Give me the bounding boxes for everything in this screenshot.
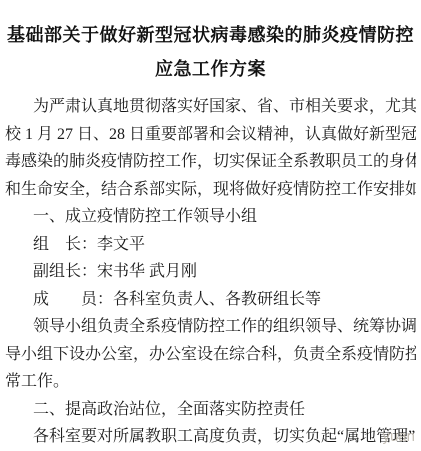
text-line: 为严肃认真地贯彻落实好国家、省、市相关要求，尤其是学	[5, 93, 416, 121]
text-line: 和生命安全，结合系部实际，现将做好疫情防控工作安排如下。	[5, 176, 416, 204]
document-title: 基础部关于做好新型冠状病毒感染的肺炎疫情防控 应急工作方案	[5, 18, 416, 86]
text-line: 一、成立疫情防控工作领导小组	[5, 203, 416, 231]
text-line: 组 长：李文平	[5, 231, 416, 259]
document-body: 为严肃认真地贯彻落实好国家、省、市相关要求，尤其是学 校 1 月 27 日、28…	[5, 93, 416, 451]
text-line: 导小组下设办公室，办公室设在综合科，负责全系疫情防控的日	[5, 341, 416, 369]
text-line: 各科室要对所属教职工高度负责，切实负起“属地管理”的	[5, 423, 416, 451]
document-page: 基础部关于做好新型冠状病毒感染的肺炎疫情防控 应急工作方案 为严肃认真地贯彻落实…	[0, 0, 421, 451]
text-line: 毒感染的肺炎疫情防控工作，切实保证全系教职员工的身体健康	[5, 148, 416, 176]
text-line: 成 员：各科室负责人、各教研组长等	[5, 286, 416, 314]
text-line: 常工作。	[5, 368, 416, 396]
text-line: 领导小组负责全系疫情防控工作的组织领导、统筹协调。领	[5, 313, 416, 341]
text-line: 校 1 月 27 日、28 日重要部署和会议精神，认真做好新型冠状病	[5, 121, 416, 149]
text-line: 二、提高政治站位，全面落实防控责任	[5, 396, 416, 424]
title-line-1: 基础部关于做好新型冠状病毒感染的肺炎疫情防控	[5, 18, 416, 52]
title-line-2: 应急工作方案	[5, 52, 416, 86]
text-line: 副组长：宋书华 武月刚	[5, 258, 416, 286]
